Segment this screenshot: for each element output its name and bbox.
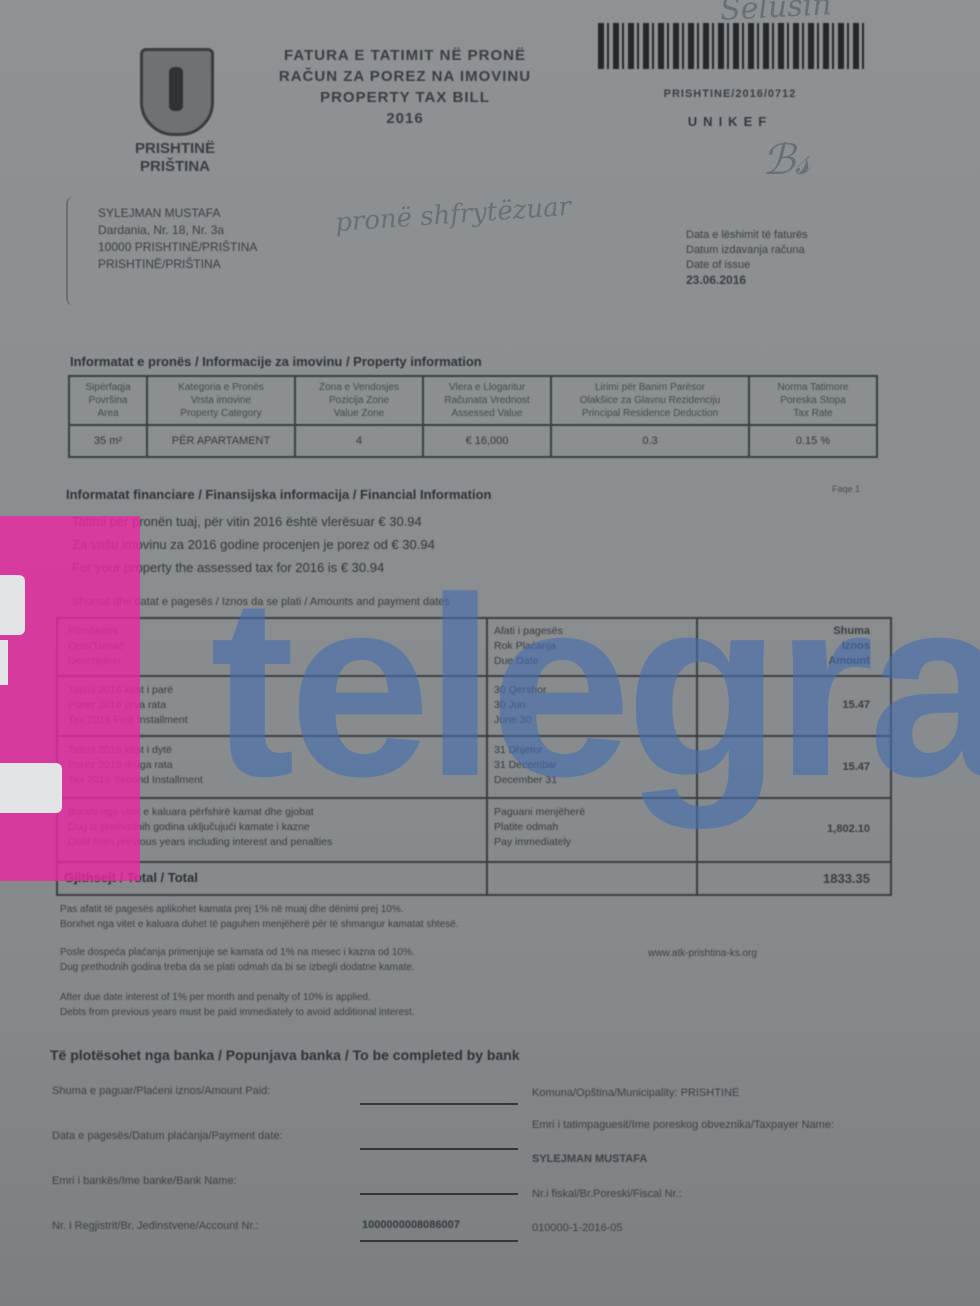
owner-address: SYLEJMAN MUSTAFA Dardania, Nr. 18, Nr. 3… xyxy=(98,205,257,273)
barcode-text: PRISHTINE/2016/0712 xyxy=(600,88,860,100)
bank-name-line xyxy=(360,1193,518,1195)
handwritten-note: pronë shfrytëzuar xyxy=(334,192,572,238)
note-albanian: Pas afatit të pagesës aplikohet kamata p… xyxy=(60,902,459,932)
property-header-row: SipërfaqjaPovršinaArea Kategoria e Pronë… xyxy=(69,376,877,425)
bank-name-label: Emri i bankës/Ime banke/Bank Name: xyxy=(52,1175,237,1187)
divider xyxy=(58,861,890,863)
unikef-label: UNIKEF xyxy=(600,114,860,129)
account-nr-label: Nr. i Regjistrit/Br. Jedinstvene/Account… xyxy=(52,1220,259,1232)
bank-section-title: Të plotësohet nga banka / Popunjava bank… xyxy=(50,1047,520,1063)
taxpayer-name-label: Emri i tatimpaguesit/Ime poreskog obvezn… xyxy=(532,1119,834,1131)
municipality-field: Komuna/Opština/Municipality: PRISHTINË xyxy=(532,1087,739,1099)
telegraf-logo-mark xyxy=(0,763,62,813)
telegraf-watermark: telegraf xyxy=(210,560,980,815)
page-marker: Faqe 1 xyxy=(832,484,860,494)
taxpayer-name-value: SYLEJMAN MUSTAFA xyxy=(532,1153,647,1165)
telegraf-logo-mark xyxy=(0,640,8,685)
account-nr-value: 1000000008086007 xyxy=(362,1219,460,1231)
telegraf-logo-mark xyxy=(0,575,25,635)
account-nr-line xyxy=(360,1240,518,1242)
municipality-name: PRISHTINË PRIŠTINA xyxy=(110,140,240,176)
website-link: www.atk-prishtina-ks.org xyxy=(648,948,757,959)
property-values-row: 35 m² PËR APARTAMENT 4 € 16,000 0.3 0.15… xyxy=(69,425,877,457)
note-english: After due date interest of 1% per month … xyxy=(60,990,415,1020)
amount-paid-line xyxy=(360,1103,518,1105)
financial-section-title: Informatat financiare / Finansijska info… xyxy=(66,487,491,502)
issue-date: 23.06.2016 xyxy=(686,273,746,287)
amount-paid-label: Shuma e paguar/Plaćeni iznos/Amount Paid… xyxy=(52,1085,270,1097)
total-value: 1833.35 xyxy=(823,871,870,886)
fiscal-nr-value: 010000-1-2016-05 xyxy=(532,1222,623,1234)
signature-icon: ℬ𝓈 xyxy=(762,135,810,185)
barcode xyxy=(598,23,868,69)
issue-date-block: Data e lëshimit të faturës Datum izdavan… xyxy=(686,228,808,289)
fiscal-nr-label: Nr.i fiskal/Br.Poreski/Fiscal Nr.: xyxy=(532,1188,682,1200)
payment-date-label: Data e pagesës/Datum plaćanja/Payment da… xyxy=(52,1130,283,1142)
owner-bracket xyxy=(66,196,88,306)
municipality-crest-icon xyxy=(140,48,214,136)
payment-date-line xyxy=(360,1148,518,1150)
telegraf-logo-block xyxy=(0,516,140,881)
note-serbian: Posle dospeća plaćanja primenjuje se kam… xyxy=(60,945,415,975)
property-section-title: Informatat e pronës / Informacije za imo… xyxy=(70,354,482,369)
document-title: FATURA E TATIMIT NË PRONË RAČUN ZA POREZ… xyxy=(230,45,580,129)
property-table: SipërfaqjaPovršinaArea Kategoria e Pronë… xyxy=(68,375,878,458)
